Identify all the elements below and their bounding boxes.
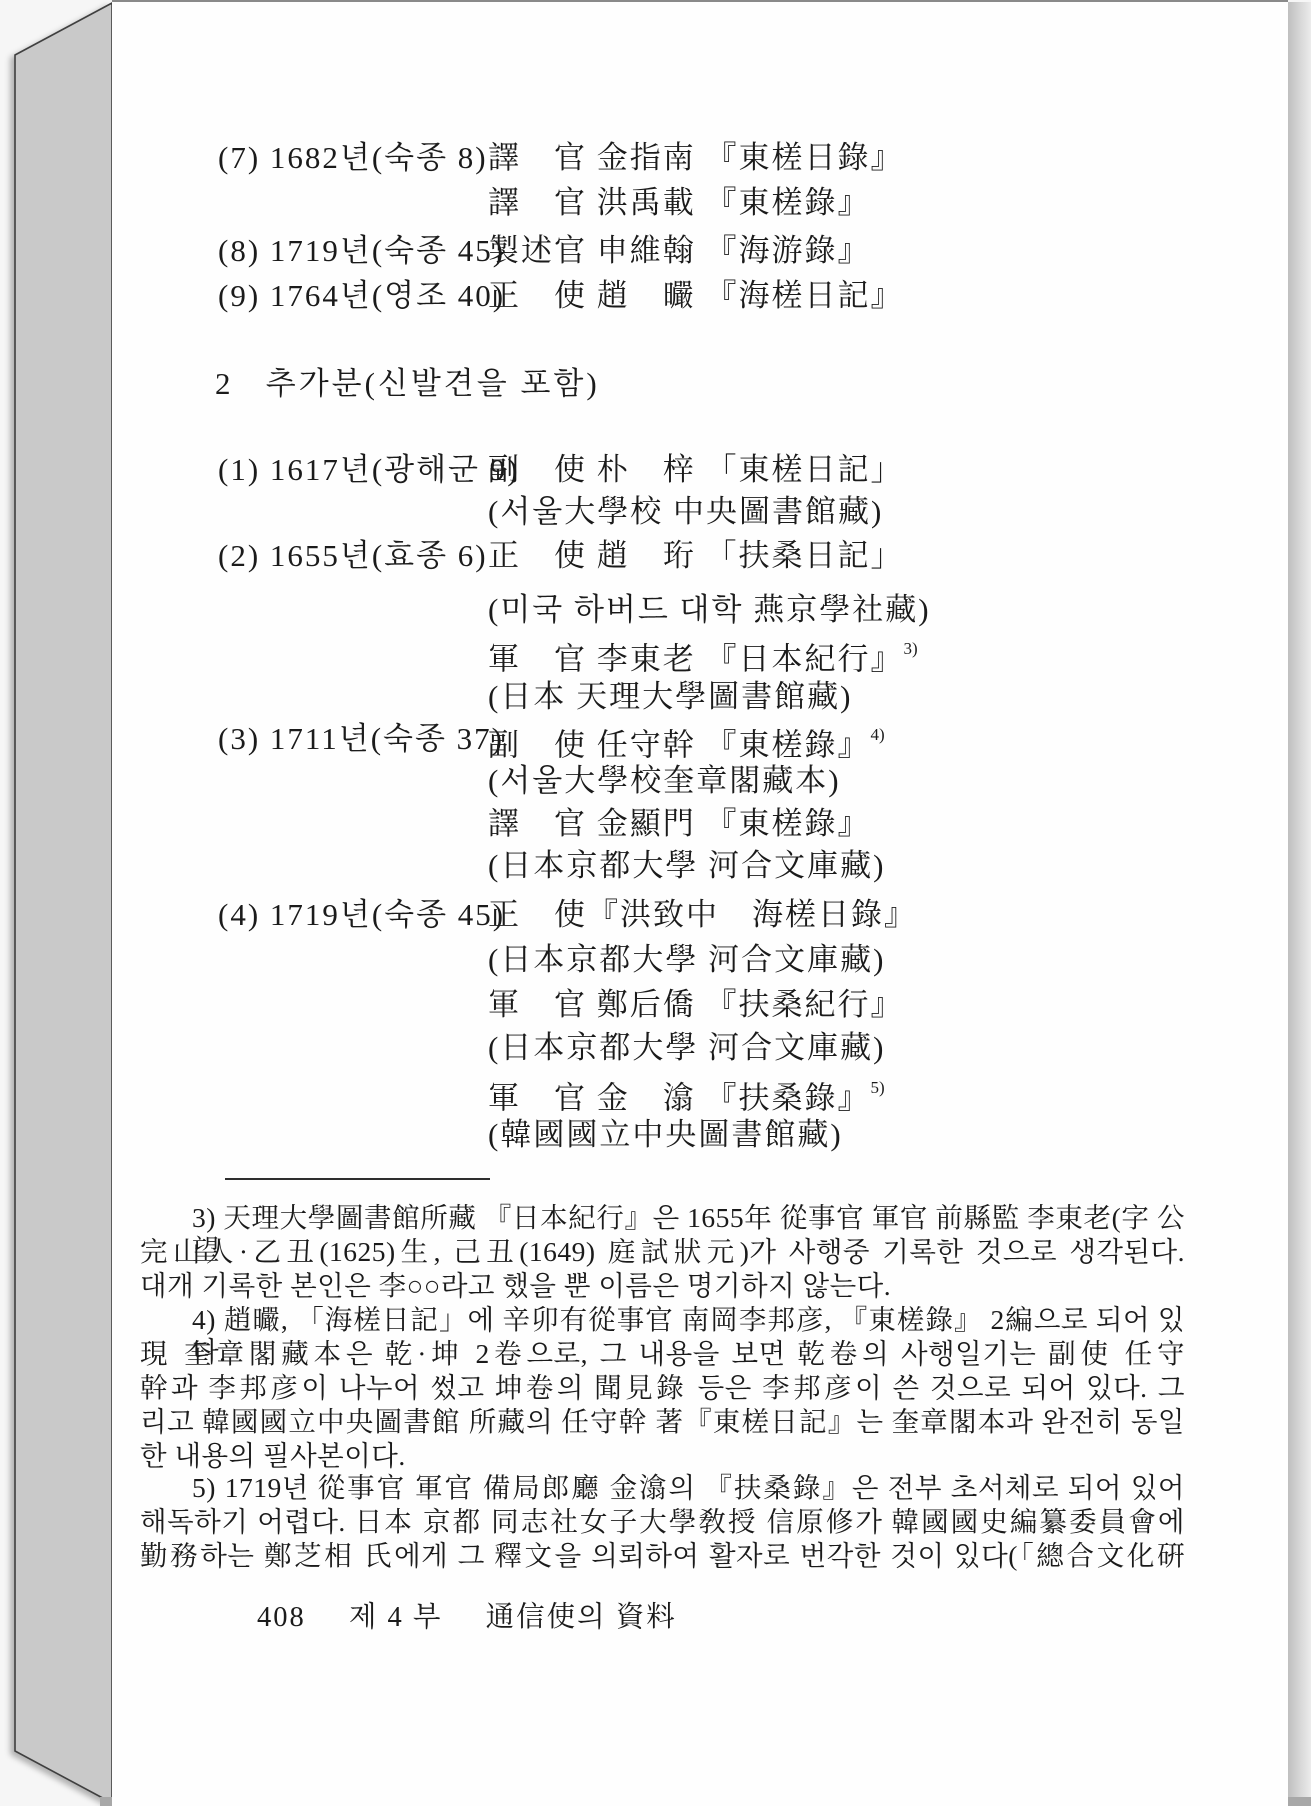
footnote-line: 現 奎章閣藏本은 乾·坤 2卷으로, 그 내용을 보면 乾卷의 사행일기는 副使…	[140, 1338, 1185, 1370]
holding-location: (日本京都大學 河合文庫藏)	[488, 1030, 885, 1066]
footnote-divider	[225, 1178, 490, 1180]
entry-record-text: 譯 官 洪禹載 『東槎錄』	[488, 185, 871, 221]
record-text: 譯 官 金顯門 『東槎錄』	[488, 806, 871, 841]
list-item: (日本京都大學 河合文庫藏)	[112, 1030, 1288, 1070]
entry-record-text: 正 使『洪致中 海槎日錄』	[488, 897, 917, 933]
entry-date-label: (1) 1617년(광해군 9)	[218, 452, 520, 488]
entry-record-text: 副 使 任守幹 『東槎錄』4)	[488, 721, 885, 763]
holding-location: (미국 하버드 대학 燕京學社藏)	[488, 592, 931, 628]
list-item: (日本 天理大學圖書館藏)	[112, 679, 1288, 719]
entry-date-label: (9) 1764년(영조 40)	[218, 278, 505, 314]
record-text: 軍 官 李東老 『日本紀行』	[488, 641, 904, 676]
record-text: (미국 하버드 대학 燕京學社藏)	[488, 592, 931, 627]
record-text: (서울大學校奎章閣藏本)	[488, 763, 841, 798]
record-text: 副 使 朴 梓 「東槎日記」	[488, 452, 904, 487]
holding-location: (日本京都大學 河合文庫藏)	[488, 848, 885, 884]
list-item: 軍 官 李東老 『日本紀行』3)	[112, 635, 1288, 675]
entry-record-text: 譯 官 金指南 『東槎日錄』	[488, 140, 904, 176]
entry-record-text: 譯 官 金顯門 『東槎錄』	[488, 806, 871, 842]
footnote-line: 리고 韓國國立中央圖書館 所藏의 任守幹 著『東槎日記』는 奎章閣本과 완전히 …	[140, 1406, 1185, 1438]
footnote-ref: 5)	[871, 1078, 885, 1097]
footnote-line: 5) 1719년 從事官 軍官 備局郎廳 金潝의 『扶桑錄』은 전부 초서체로 …	[140, 1472, 1185, 1504]
footnote-ref: 3)	[904, 639, 918, 658]
record-text: (韓國國立中央圖書館藏)	[488, 1117, 843, 1152]
entry-record-text: 軍 官 鄭后僑 『扶桑紀行』	[488, 987, 904, 1023]
record-text: (서울大學校 中央圖書館藏)	[488, 494, 883, 529]
record-text: 譯 官 金指南 『東槎日錄』	[488, 140, 904, 175]
list-item: 譯 官 洪禹載 『東槎錄』	[112, 185, 1288, 225]
holding-location: (서울大學校 中央圖書館藏)	[488, 494, 883, 530]
entry-record-text: 軍 官 李東老 『日本紀行』3)	[488, 635, 918, 677]
entry-date-label: (7) 1682년(숙종 8)	[218, 140, 488, 176]
entry-record-text: 正 使 趙 曮 『海槎日記』	[488, 278, 904, 314]
list-item: (日本京都大學 河合文庫藏)	[112, 942, 1288, 982]
list-item: (4) 1719년(숙종 45) 正 使『洪致中 海槎日錄』	[112, 897, 1288, 937]
list-item: (3) 1711년(숙종 37) 副 使 任守幹 『東槎錄』4)	[112, 721, 1288, 761]
list-item: (9) 1764년(영조 40) 正 使 趙 曮 『海槎日記』	[112, 278, 1288, 318]
holding-location: (韓國國立中央圖書館藏)	[488, 1117, 843, 1153]
entry-record-text: 軍 官 金 潝 『扶桑錄』5)	[488, 1074, 885, 1116]
record-text: 副 使 任守幹 『東槎錄』	[488, 727, 871, 762]
list-item: (8) 1719년(숙종 45) 製述官 申維翰 『海游錄』	[112, 233, 1288, 273]
list-item: (서울大學校 中央圖書館藏)	[112, 494, 1288, 534]
entry-record-text: 副 使 朴 梓 「東槎日記」	[488, 452, 904, 488]
page-surface: (7) 1682년(숙종 8) 譯 官 金指南 『東槎日錄』 譯 官 洪禹載 『…	[112, 0, 1288, 1806]
book-page-edge-shape	[15, 3, 112, 1803]
record-text: 軍 官 金 潝 『扶桑錄』	[488, 1080, 871, 1115]
entry-date-label: (8) 1719년(숙종 45)	[218, 233, 505, 269]
page-right-shadow	[1288, 2, 1311, 1797]
list-item: (서울大學校奎章閣藏本)	[112, 763, 1288, 803]
list-item: 軍 官 鄭后僑 『扶桑紀行』	[112, 987, 1288, 1027]
record-text: 正 使『洪致中 海槎日錄』	[488, 897, 917, 932]
footer-title: 通信使의 資料	[486, 1602, 677, 1633]
record-text: 製述官 申維翰 『海游錄』	[488, 233, 871, 268]
page-number: 408	[257, 1602, 306, 1633]
scanned-book-page: (7) 1682년(숙종 8) 譯 官 金指南 『東槎日錄』 譯 官 洪禹載 『…	[0, 0, 1311, 1806]
entry-date-label: (4) 1719년(숙종 45)	[218, 897, 505, 933]
footnote-line: 完山人·乙丑(1625)生, 己丑(1649) 庭試狀元)가 사행중 기록한 것…	[140, 1236, 1185, 1268]
footer-section: 제 4 부	[349, 1602, 443, 1633]
list-item: (1) 1617년(광해군 9) 副 使 朴 梓 「東槎日記」	[112, 452, 1288, 492]
footnote-line: 한 내용의 필사본이다.	[140, 1440, 1185, 1472]
record-text: 正 使 趙 曮 『海槎日記』	[488, 278, 904, 313]
entry-date-label: (2) 1655년(효종 6)	[218, 538, 488, 574]
footnote-line: 勤務하는 鄭芝相 氏에게 그 釋文을 의뢰하여 활자로 번각한 것이 있다(「總…	[140, 1540, 1185, 1572]
list-item: (7) 1682년(숙종 8) 譯 官 金指南 『東槎日錄』	[112, 140, 1288, 180]
list-item: 軍 官 金 潝 『扶桑錄』5)	[112, 1074, 1288, 1114]
page-footer: 408 제 4 부 通信使의 資料	[257, 1594, 677, 1635]
list-item: (韓國國立中央圖書館藏)	[112, 1117, 1288, 1157]
holding-location: (서울大學校奎章閣藏本)	[488, 763, 841, 799]
list-item: 譯 官 金顯門 『東槎錄』	[112, 806, 1288, 846]
record-text: 譯 官 洪禹載 『東槎錄』	[488, 185, 871, 220]
footnote-line: 해독하기 어렵다. 日本 京都 同志社女子大學敎授 信原修가 韓國國史編纂委員會…	[140, 1506, 1185, 1538]
record-text: (日本 天理大學圖書館藏)	[488, 679, 852, 714]
list-item: (2) 1655년(효종 6) 正 使 趙 珩 「扶桑日記」	[112, 538, 1288, 578]
record-text: (日本京都大學 河合文庫藏)	[488, 1030, 885, 1065]
holding-location: (日本 天理大學圖書館藏)	[488, 679, 852, 715]
record-text: 正 使 趙 珩 「扶桑日記」	[488, 538, 904, 573]
list-item: (미국 하버드 대학 燕京學社藏)	[112, 592, 1288, 632]
record-text: (日本京都大學 河合文庫藏)	[488, 848, 885, 883]
section-heading: 2 추가분(신발견을 포함)	[215, 358, 600, 403]
entry-date-label: (3) 1711년(숙종 37)	[218, 721, 504, 757]
footnote-ref: 4)	[871, 725, 885, 744]
entry-record-text: 製述官 申維翰 『海游錄』	[488, 233, 871, 269]
footnote-line: 幹과 李邦彦이 나누어 썼고 坤卷의 聞見錄 등은 李邦彦이 쓴 것으로 되어 …	[140, 1372, 1185, 1404]
record-text: 軍 官 鄭后僑 『扶桑紀行』	[488, 987, 904, 1022]
footnote-line: 대개 기록한 본인은 李○○라고 했을 뿐 이름은 명기하지 않는다.	[140, 1270, 1185, 1302]
holding-location: (日本京都大學 河合文庫藏)	[488, 942, 885, 978]
entry-record-text: 正 使 趙 珩 「扶桑日記」	[488, 538, 904, 574]
record-text: (日本京都大學 河合文庫藏)	[488, 942, 885, 977]
list-item: (日本京都大學 河合文庫藏)	[112, 848, 1288, 888]
